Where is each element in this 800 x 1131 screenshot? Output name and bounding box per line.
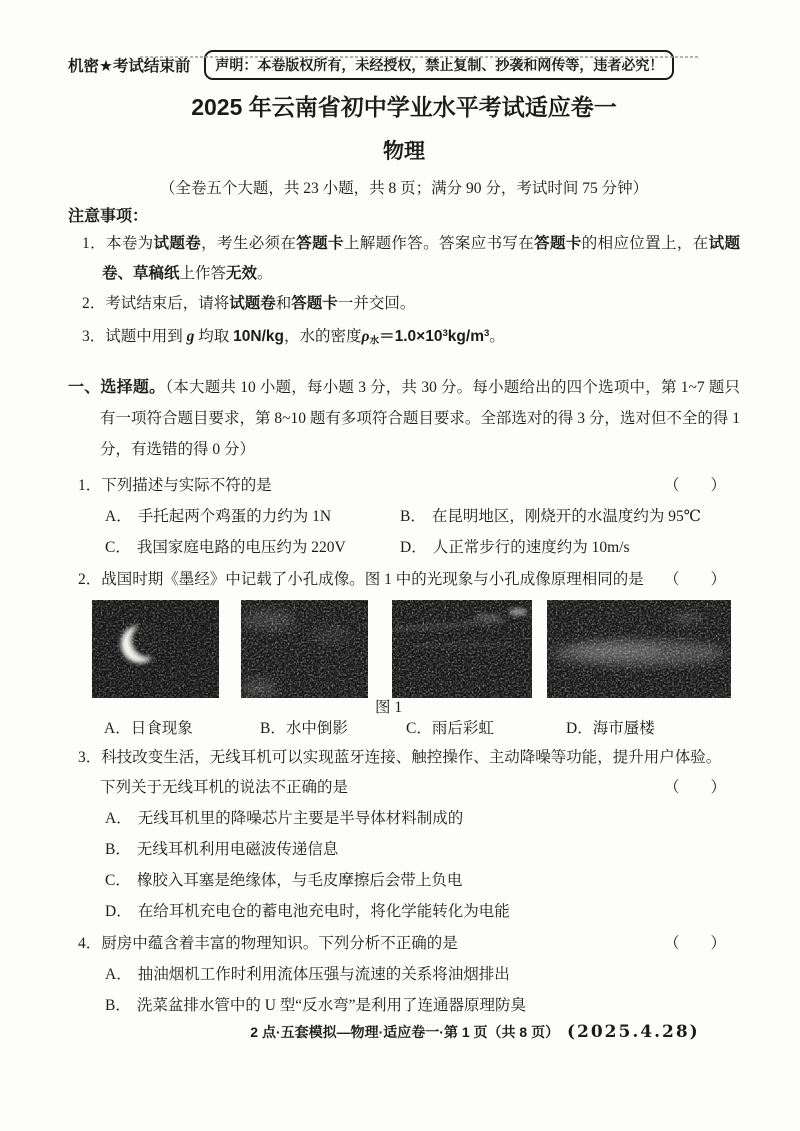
question-3-option-b: B．无线耳机利用电磁波传递信息 xyxy=(68,834,740,865)
question-1: 1．下列描述与实际不符的是 （ ） A．手托起两个鸡蛋的力约为 1N B．在昆明… xyxy=(68,471,740,563)
copyright-declaration-text: 声明：本卷版权所有，未经授权，禁止复制、抄袭和网传等，违者必究！ xyxy=(215,57,663,73)
question-2-stem-row: 2．战国时期《墨经》中记载了小孔成像。图 1 中的光现象与小孔成像原理相同的是 … xyxy=(68,565,740,595)
figure1-photos xyxy=(92,600,740,698)
option-text: 无线耳机里的降噪芯片主要是半导体材料制成的 xyxy=(138,810,464,827)
question-1-stem: 1．下列描述与实际不符的是 xyxy=(78,471,272,501)
question-1-option-a: A．手托起两个鸡蛋的力约为 1N xyxy=(105,501,400,532)
question-4-answer-bracket: （ ） xyxy=(664,929,726,959)
question-4-stem-row: 4．厨房中蕴含着丰富的物理知识。下列分析不正确的是 （ ） xyxy=(68,929,740,959)
question-3-option-d: D．在给耳机充电仓的蓄电池充电时，将化学能转化为电能 xyxy=(68,896,740,927)
copyright-declaration-box: 声明：本卷版权所有，未经授权，禁止复制、抄袭和网传等，违者必究！ xyxy=(204,50,674,80)
question-3-stem-row2: 下列关于无线耳机的说法不正确的是 （ ） xyxy=(68,773,740,803)
option-text: 手托起两个鸡蛋的力约为 1N xyxy=(138,508,331,525)
option-label: B． xyxy=(400,508,426,525)
question-3: 3．科技改变生活，无线耳机可以实现蓝牙连接、触控操作、主动降噪等功能，提升用户体… xyxy=(68,743,740,927)
option-label: C． xyxy=(105,872,131,889)
page-content: 机密★考试结束前 声明：本卷版权所有，未经授权，禁止复制、抄袭和网传等，违者必究… xyxy=(0,0,800,1021)
paper-title: 2025 年云南省初中学业水平考试适应卷一 xyxy=(68,92,740,122)
section1-heading: 一、选择题。（本大题共 10 小题，每小题 3 分，共 30 分。每小题给出的四… xyxy=(68,372,740,465)
question-3-options: A．无线耳机里的降噪芯片主要是半导体材料制成的 B．无线耳机利用电磁波传递信息 … xyxy=(68,803,740,927)
exam-paper-page: 机密★考试结束前 声明：本卷版权所有，未经授权，禁止复制、抄袭和网传等，违者必究… xyxy=(0,0,800,1131)
figure1-label-b: B．水中倒影 xyxy=(260,717,348,740)
question-4-options: A．抽油烟机工作时利用流体压强与流速的关系将油烟排出 B．洗菜盆排水管中的 U … xyxy=(68,959,740,1021)
question-4-option-a: A．抽油烟机工作时利用流体压强与流速的关系将油烟排出 xyxy=(68,959,740,990)
option-label: C． xyxy=(105,539,131,556)
option-text: 抽油烟机工作时利用流体压强与流速的关系将油烟排出 xyxy=(138,966,510,983)
option-text: 我国家庭电路的电压约为 220V xyxy=(137,539,346,556)
option-text: 在给耳机充电仓的蓄电池充电时，将化学能转化为电能 xyxy=(138,903,510,920)
footer-text: 2 点·五套模拟—物理·适应卷一·第 1 页（共 8 页） xyxy=(250,1024,559,1040)
question-1-option-c: C．我国家庭电路的电压约为 220V xyxy=(105,532,400,563)
question-1-option-d: D．人正常步行的速度约为 10m/s xyxy=(400,532,740,563)
option-label: A． xyxy=(105,810,132,827)
question-1-stem-row: 1．下列描述与实际不符的是 （ ） xyxy=(68,471,740,501)
question-4: 4．厨房中蕴含着丰富的物理知识。下列分析不正确的是 （ ） A．抽油烟机工作时利… xyxy=(68,929,740,1021)
scan-artifact-line xyxy=(140,56,700,58)
question-4-option-b: B．洗菜盆排水管中的 U 型“反水弯”是利用了连通器原理防臭 xyxy=(68,990,740,1021)
figure1-caption: 图 1 xyxy=(375,699,740,717)
option-label: D． xyxy=(400,539,427,556)
option-text: 洗菜盆排水管中的 U 型“反水弯”是利用了连通器原理防臭 xyxy=(137,997,526,1014)
water-reflection-photo xyxy=(241,600,368,698)
question-1-answer-bracket: （ ） xyxy=(664,471,726,501)
question-4-stem: 4．厨房中蕴含着丰富的物理知识。下列分析不正确的是 xyxy=(78,929,458,959)
subject-title: 物理 xyxy=(68,138,740,166)
option-label: B． xyxy=(105,997,131,1014)
option-label: A． xyxy=(105,508,132,525)
figure1-label-a: A．日食现象 xyxy=(104,717,193,740)
rainbow-photo xyxy=(392,600,532,698)
question-1-options: A．手托起两个鸡蛋的力约为 1N B．在昆明地区，刚烧开的水温度约为 95℃ C… xyxy=(68,501,740,563)
figure1-labels: A．日食现象 B．水中倒影 C．雨后彩虹 D．海市蜃楼 xyxy=(68,717,740,740)
mirage-photo xyxy=(547,600,731,698)
option-label: A． xyxy=(105,966,132,983)
notice-heading: 注意事项： xyxy=(68,205,740,229)
notice-item-1: 1．本卷为试题卷，考生必须在答题卡上解题作答。答案应书写在答题卡的相应位置上，在… xyxy=(82,229,740,289)
question-2: 2．战国时期《墨经》中记载了小孔成像。图 1 中的光现象与小孔成像原理相同的是 … xyxy=(68,565,740,740)
option-text: 在昆明地区，刚烧开的水温度约为 95℃ xyxy=(432,508,701,525)
notice-item-3: 3．试题中用到 g 均取 10N/kg，水的密度ρ水＝1.0×103kg/m3。 xyxy=(82,319,740,356)
page-footer: 2 点·五套模拟—物理·适应卷一·第 1 页（共 8 页） (2025.4.28… xyxy=(0,1022,800,1042)
option-label: D． xyxy=(105,903,132,920)
figure1-label-d: D．海市蜃楼 xyxy=(566,717,655,740)
question-2-answer-bracket: （ ） xyxy=(664,565,726,595)
figure1-label-c: C．雨后彩虹 xyxy=(406,717,494,740)
question-3-stem-line1: 3．科技改变生活，无线耳机可以实现蓝牙连接、触控操作、主动降噪等功能，提升用户体… xyxy=(68,743,740,773)
question-3-option-a: A．无线耳机里的降噪芯片主要是半导体材料制成的 xyxy=(68,803,740,834)
solar-eclipse-photo xyxy=(92,600,219,698)
question-2-stem: 2．战国时期《墨经》中记载了小孔成像。图 1 中的光现象与小孔成像原理相同的是 xyxy=(78,565,644,595)
question-3-option-c: C．橡胶入耳塞是绝缘体，与毛皮摩擦后会带上负电 xyxy=(68,865,740,896)
option-text: 橡胶入耳塞是绝缘体，与毛皮摩擦后会带上负电 xyxy=(137,872,463,889)
option-text: 人正常步行的速度约为 10m/s xyxy=(433,539,630,556)
footer-handwritten-date: (2025.4.28) xyxy=(567,1022,700,1042)
notice-item-2: 2．考试结束后，请将试题卷和答题卡一并交回。 xyxy=(82,289,740,319)
question-3-stem-line2: 下列关于无线耳机的说法不正确的是 xyxy=(100,773,348,803)
paper-info-line: （全卷五个大题，共 23 小题，共 8 页；满分 90 分，考试时间 75 分钟… xyxy=(68,178,740,200)
option-text: 无线耳机利用电磁波传递信息 xyxy=(137,841,339,858)
header: 机密★考试结束前 声明：本卷版权所有，未经授权，禁止复制、抄袭和网传等，违者必究… xyxy=(68,50,740,80)
question-3-answer-bracket: （ ） xyxy=(664,773,726,803)
option-label: B． xyxy=(105,841,131,858)
question-1-option-b: B．在昆明地区，刚烧开的水温度约为 95℃ xyxy=(400,501,740,532)
